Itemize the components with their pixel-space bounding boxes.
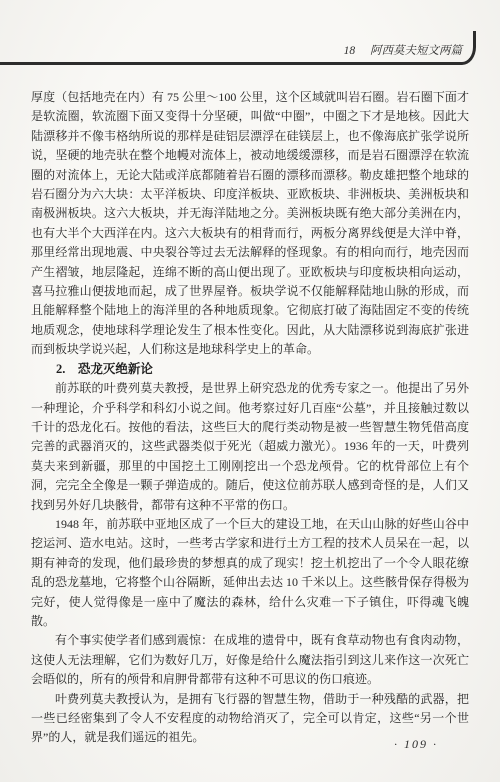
running-header-page-ref: 18	[344, 45, 356, 57]
paragraph-scholars-shocked: 有个事实使学者们感到震惊：在成堆的遗骨中，既有食草动物也有食肉动物，这使人无法理…	[31, 631, 469, 689]
paragraph-1948-excavation: 1948 年，前苏联中亚地区成了一个巨大的建设工地，在天山山脉的好些山谷中挖运河…	[31, 515, 469, 631]
paragraph-yefremov-theory: 前苏联的叶费列莫夫教授，是世界上研究恐龙的优秀专家之一。他提出了另外一种理论，介…	[31, 379, 469, 515]
page-number: · 109 ·	[394, 737, 438, 752]
running-header: 18 阿西莫夫短文两篇	[344, 42, 462, 58]
section-heading-dinosaur-extinction: 2. 恐龙灭绝新论	[31, 360, 469, 379]
running-header-title: 阿西莫夫短文两篇	[370, 45, 462, 57]
book-page: 18 阿西莫夫短文两篇 厚度（包括地壳在内）有 75 公里～100 公里，这个区…	[0, 0, 500, 782]
paragraph-plate-tectonics: 厚度（包括地壳在内）有 75 公里～100 公里，这个区域就叫岩石圈。岩石圈下面…	[31, 88, 469, 360]
page-body: 厚度（包括地壳在内）有 75 公里～100 公里，这个区域就叫岩石圈。岩石圈下面…	[31, 88, 469, 748]
